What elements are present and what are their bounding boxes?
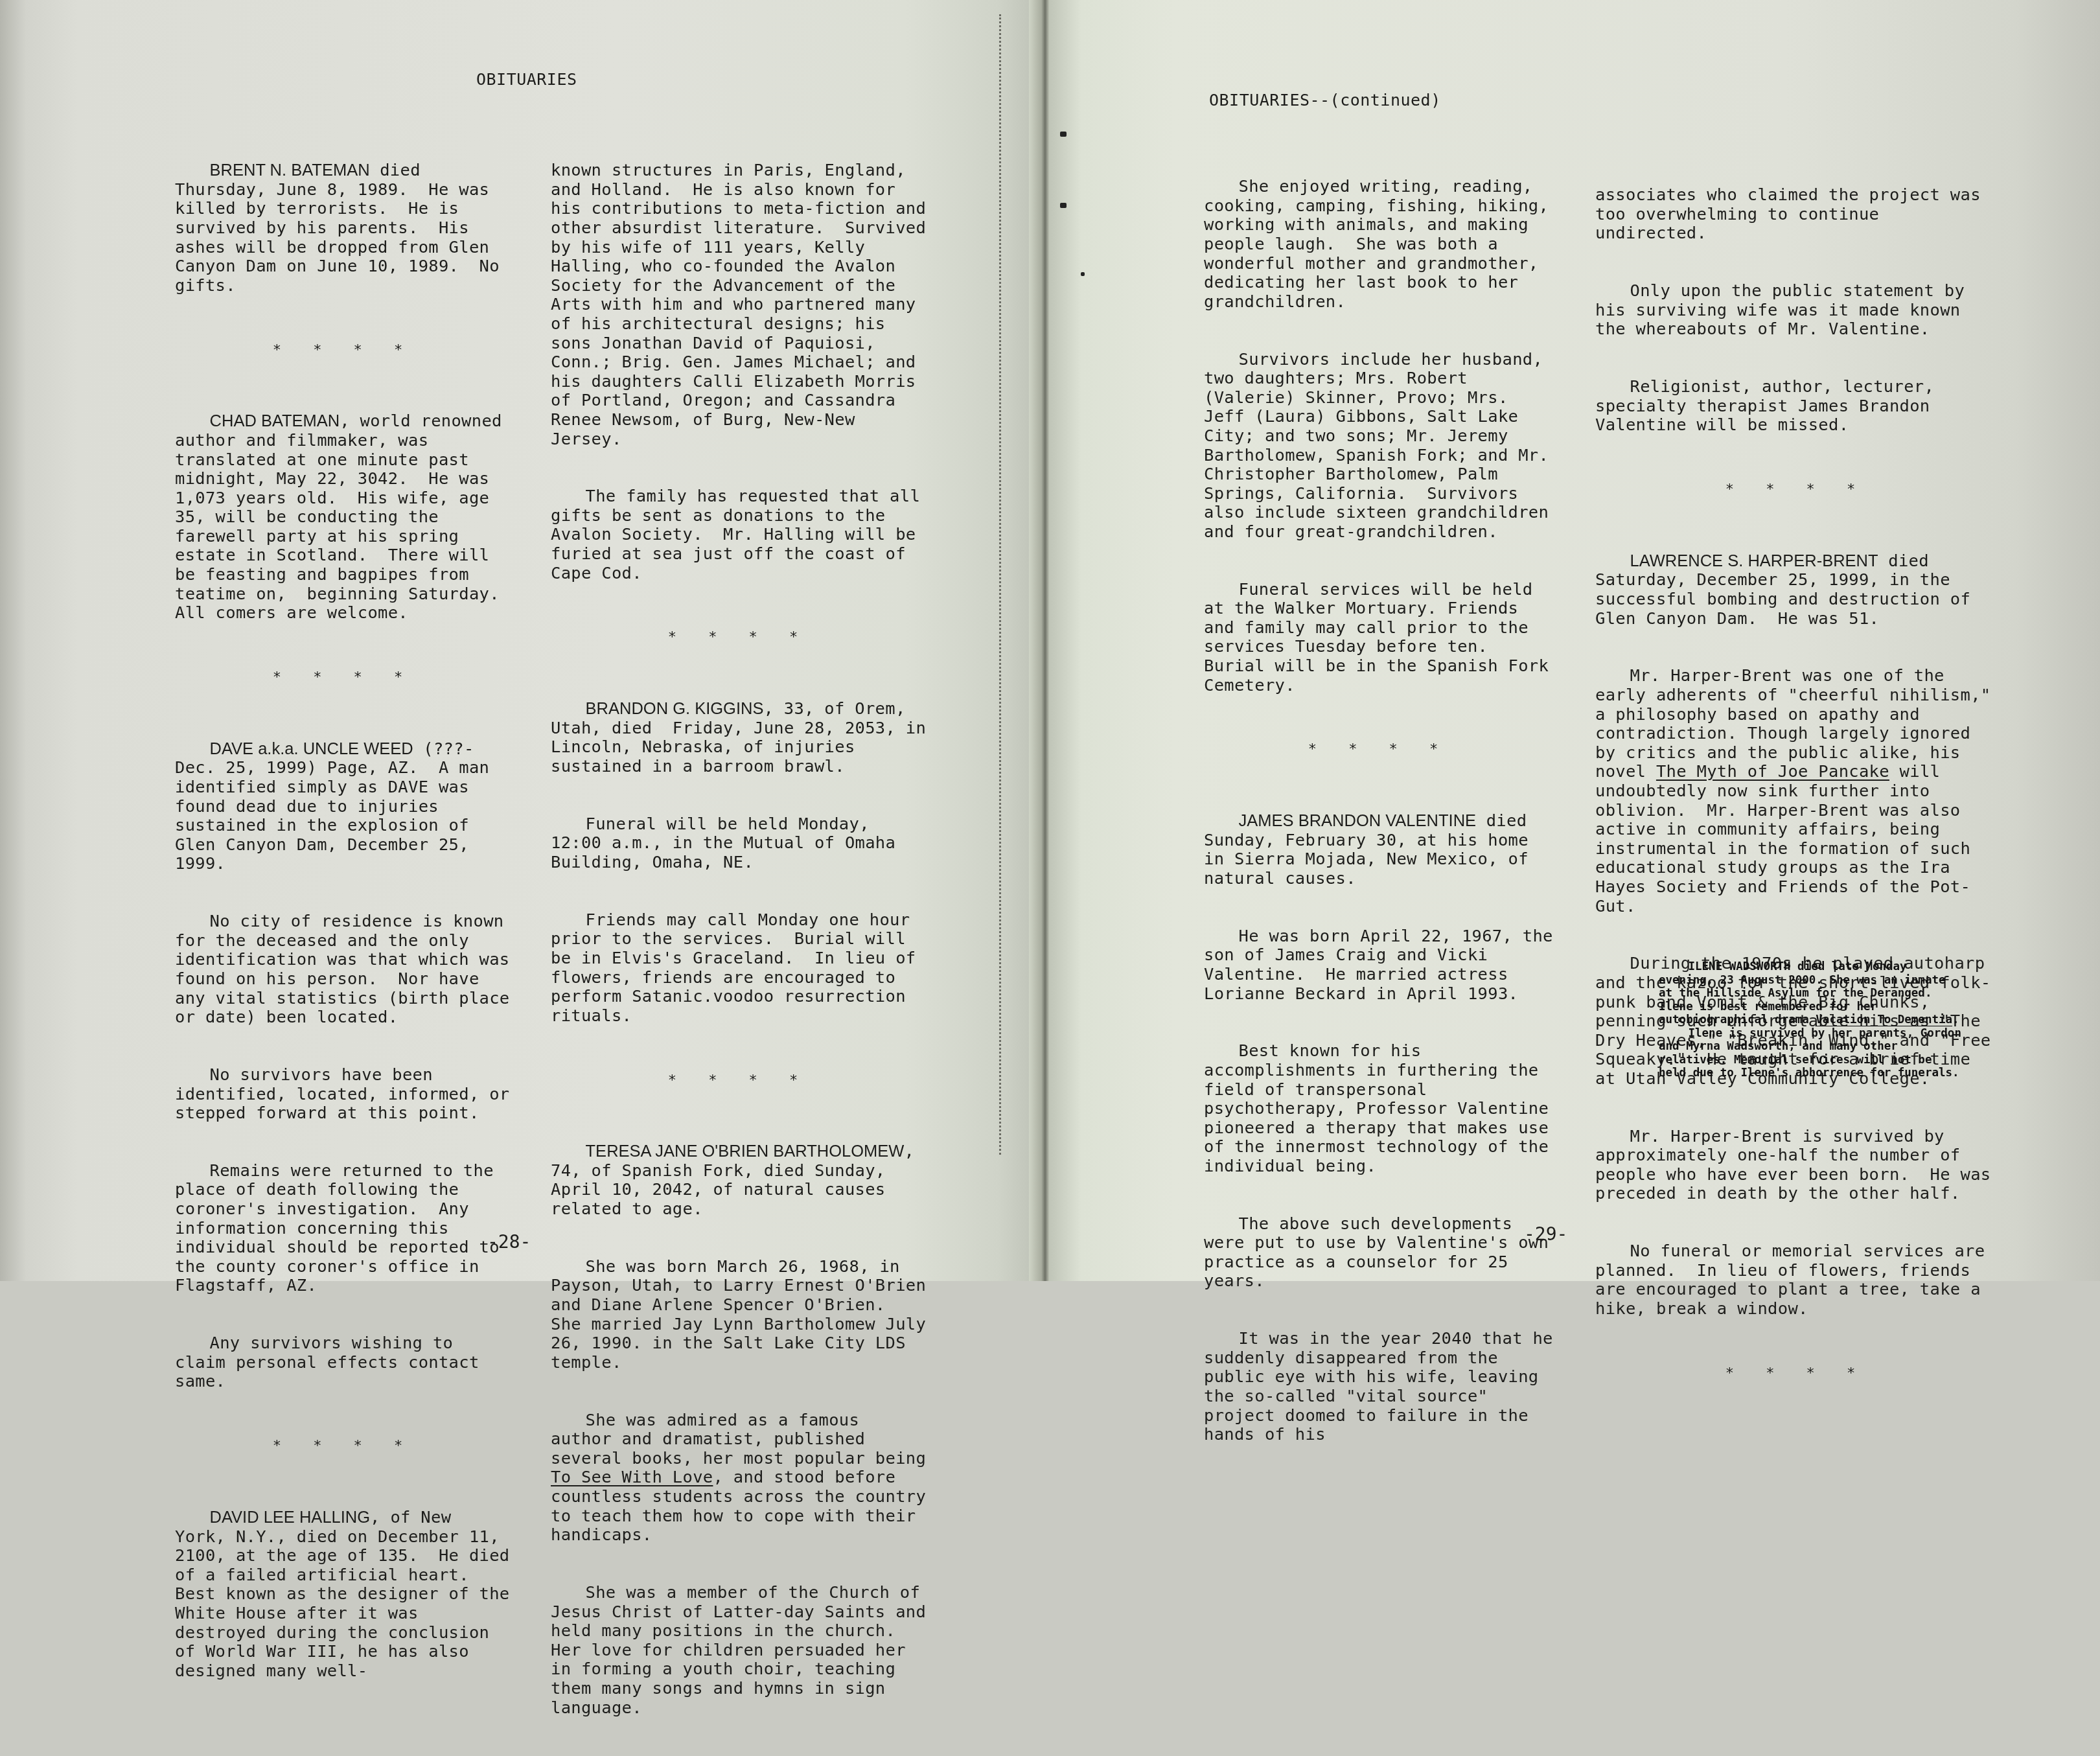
paragraph: known structures in Paris, England, and … bbox=[551, 161, 927, 449]
paragraph: No funeral or memorial services are plan… bbox=[1595, 1242, 1997, 1281]
paragraph: No city of residence is known for the de… bbox=[175, 912, 512, 1028]
paragraph: Mr. Harper-Brent was one of the early ad… bbox=[1595, 667, 1997, 916]
paragraph: Only upon the public statement by his su… bbox=[1595, 282, 1997, 340]
obituary-chad-bateman: CHAD BATEMAN, world renowned author and … bbox=[175, 412, 512, 623]
paragraph: Ilene is survived by her parents, Gordon… bbox=[1659, 1027, 1963, 1080]
staple-mark bbox=[1060, 132, 1067, 137]
paragraph: Remains were returned to the place of de… bbox=[175, 1162, 512, 1281]
running-head-left: OBITUARIES bbox=[476, 70, 577, 89]
paragraph: She was born March 26, 1968, in Payson, … bbox=[551, 1258, 927, 1281]
drama-title: Vacation To Dementia bbox=[1816, 1013, 1952, 1026]
paragraph: She enjoyed writing, reading, cooking, c… bbox=[1204, 178, 1554, 312]
paragraph: No survivors have been identified, locat… bbox=[175, 1066, 512, 1124]
paragraph: Friends may call Monday one hour prior t… bbox=[551, 911, 927, 1026]
separator: * * * * bbox=[1595, 480, 1997, 500]
separator: * * * * bbox=[551, 628, 927, 647]
paragraph: Religionist, author, lecturer, specialty… bbox=[1595, 378, 1997, 435]
booklet-spread: OBITUARIES BRENT N. BATEMAN died Thursda… bbox=[0, 0, 2100, 1281]
separator: * * * * bbox=[1204, 740, 1554, 759]
obituary-dave: DAVE a.k.a. UNCLE WEED (???-Dec. 25, 199… bbox=[175, 740, 512, 874]
obituary-kiggins: BRANDON G. KIGGINS, 33, of Orem, Utah, d… bbox=[551, 700, 927, 776]
obituary-brent-bateman: BRENT N. BATEMAN died Thursday, June 8, … bbox=[175, 161, 512, 295]
paragraph: Funeral will be held Monday, 12:00 a.m.,… bbox=[551, 815, 927, 873]
right-column-2: associates who claimed the project was t… bbox=[1595, 148, 1997, 1281]
obituary-wadsworth: ILENE WADSWORTH died late Monday evening… bbox=[1659, 960, 1963, 1080]
obituary-bartholomew: TERESA JANE O'BRIEN BARTHOLOMEW, 74, of … bbox=[551, 1142, 927, 1219]
paragraph: Funeral services will be held at the Wal… bbox=[1204, 581, 1554, 696]
paragraph: The above such developments were put to … bbox=[1204, 1215, 1554, 1281]
novel-title: The Myth of Joe Pancake bbox=[1656, 762, 1889, 781]
separator: * * * * bbox=[175, 668, 512, 687]
paragraph: Best known for his accomplishments in fu… bbox=[1204, 1042, 1554, 1176]
obituary-harper-brent: LAWRENCE S. HARPER-BRENT died Saturday, … bbox=[1595, 552, 1997, 629]
right-column-1: She enjoyed writing, reading, cooking, c… bbox=[1204, 139, 1554, 1281]
paragraph: Survivors include her husband, two daugh… bbox=[1204, 351, 1554, 542]
paragraph: He was born April 22, 1967, the son of J… bbox=[1204, 927, 1554, 1004]
obituary-valentine: JAMES BRANDON VALENTINE died Sunday, Feb… bbox=[1204, 812, 1554, 888]
running-head-right: OBITUARIES--(continued) bbox=[1209, 91, 1441, 110]
page-number-left: -28- bbox=[487, 1231, 531, 1253]
column-cut-line bbox=[999, 14, 1003, 1155]
paragraph: The family has requested that all gifts … bbox=[551, 487, 927, 583]
paragraph: associates who claimed the project was t… bbox=[1595, 186, 1997, 244]
separator: * * * * bbox=[175, 341, 512, 360]
left-column-1: BRENT N. BATEMAN died Thursday, June 8, … bbox=[175, 123, 512, 1281]
paragraph: Mr. Harper-Brent is survived by approxim… bbox=[1595, 1127, 1997, 1204]
staple-mark bbox=[1081, 272, 1085, 276]
separator: * * * * bbox=[551, 1071, 927, 1091]
left-column-2: known structures in Paris, England, and … bbox=[551, 123, 927, 1281]
page-number-right: -29- bbox=[1524, 1223, 1567, 1245]
staple-mark bbox=[1060, 203, 1067, 208]
binding-gutter bbox=[1029, 0, 1050, 1281]
